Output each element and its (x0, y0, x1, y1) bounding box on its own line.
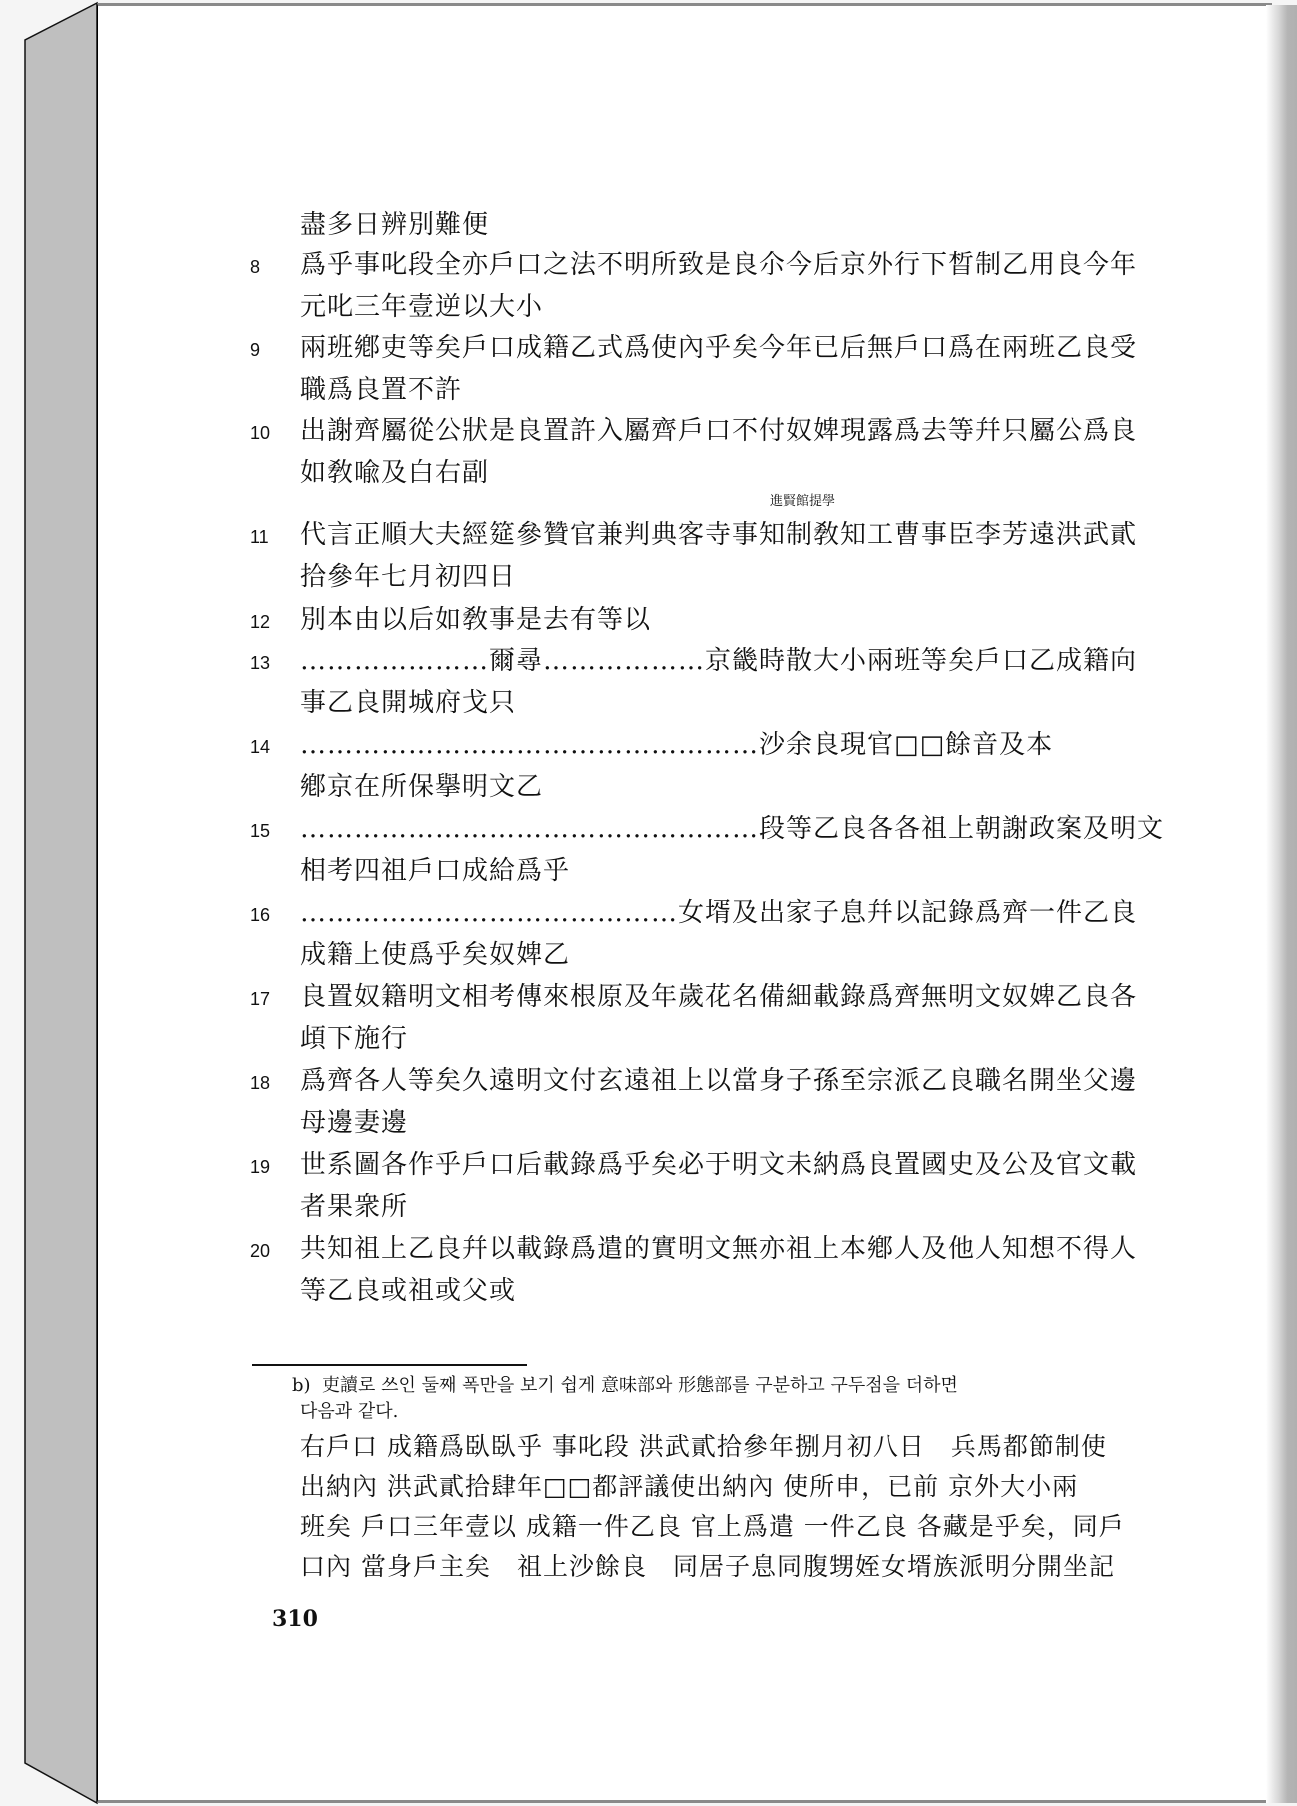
line-number: 17 (250, 984, 282, 1014)
text-line: 者果衆所 (300, 1192, 408, 1222)
page-number: 310 (272, 1606, 318, 1632)
line-number: 20 (250, 1236, 282, 1266)
line-number: 19 (250, 1152, 282, 1182)
line-number: 9 (250, 335, 282, 365)
line-number: 10 (250, 418, 282, 448)
text-line: ……………………………………………段等乙良各各祖上朝謝政案及明文 (300, 814, 1164, 844)
footnote-text-line: 班矣 戶口三年壹以 成籍一件乙良 官上爲遣 一件乙良 各藏是乎矣，同戶 (300, 1512, 1125, 1542)
text-line: 拾參年七月初四日 (300, 562, 516, 592)
text-line: 世系圖各作乎戶口后載錄爲乎矣必于明文未納爲良置國史及公及官文載 (300, 1150, 1137, 1180)
text-line: 事乙良開城府戈只 (300, 688, 516, 718)
text-line: 共知祖上乙良幷以載錄爲遣的實明文無亦祖上本鄕人及他人知想不得人 (300, 1234, 1137, 1264)
footnote-text-line: 出納內 洪武貳拾肆年□□都評議使出納內 使所申，已前 京外大小兩 (300, 1472, 1078, 1502)
text-line: 母邊妻邊 (300, 1108, 408, 1138)
text-line: 爲齊各人等矣久遠明文付玄遠祖上以當身子孫至宗派乙良職名開坐父邊 (300, 1066, 1137, 1096)
text-line: 相考四祖戶口成給爲乎 (300, 856, 570, 886)
text-line: 頉下施行 (300, 1024, 408, 1054)
text-line: 盡多日辨別難便 (300, 210, 489, 240)
interlinear-gloss: 進賢館提學 (770, 495, 835, 509)
text-line: 代言正順大夫經筵參贊官兼判典客寺事知制敎知工曹事臣李芳遠洪武貳 (300, 520, 1137, 550)
footnote-text-line: 口內 當身戶主矣 祖上沙餘良 同居子息同腹甥姪女壻族派明分開坐記 (300, 1552, 1115, 1582)
line-number: 8 (250, 252, 282, 282)
footnote-text-line: 右戶口 成籍爲臥臥乎 事叱段 洪武貳拾參年捌月初八日 兵馬都節制使 (300, 1432, 1107, 1462)
line-number: 14 (250, 732, 282, 762)
line-number: 15 (250, 816, 282, 846)
book-spine (0, 0, 100, 1806)
line-number: 13 (250, 648, 282, 678)
text-line: 鄕京在所保擧明文乙 (300, 772, 543, 802)
text-line: 元叱三年壹逆以大小 (300, 292, 543, 322)
footnote-rule (252, 1364, 527, 1366)
text-line: 爲乎事叱段全亦戶口之法不明所致是良尒今后京外行下晳制乙用良今年 (300, 250, 1137, 280)
text-line: …………………爾尋………………京畿時散大小兩班等矣戶口乙成籍向 (300, 646, 1137, 676)
text-line: 等乙良或祖或父或 (300, 1276, 516, 1306)
line-number: 12 (250, 607, 282, 637)
text-line: 兩班鄕吏等矣戶口成籍乙式爲使內乎矣今年已后無戶口爲在兩班乙良受 (300, 333, 1137, 363)
line-number: 11 (250, 522, 282, 552)
text-line: ……………………………………女壻及出家子息幷以記錄爲齊一件乙良 (300, 898, 1137, 928)
text-line: 別本由以后如敎事是去有等以 (300, 605, 651, 635)
footnote-intro-continued: 다음과 같다. (300, 1400, 398, 1424)
text-line: 成籍上使爲乎矣奴婢乙 (300, 940, 570, 970)
footnote-intro: 吏讀로 쓰인 둘째 폭만을 보기 쉽게 意味部와 形態部를 구분하고 구두점을 … (322, 1374, 958, 1398)
line-number: 18 (250, 1068, 282, 1098)
text-line: 如敎喩及白右副 (300, 458, 489, 488)
text-line: 職爲良置不許 (300, 375, 462, 405)
text-line: 良置奴籍明文相考傳來根原及年歲花名備細載錄爲齊無明文奴婢乙良各 (300, 982, 1137, 1012)
text-line: ……………………………………………沙余良現官□□餘音及本 (300, 730, 1053, 760)
footnote-marker: b) (292, 1374, 311, 1398)
line-number: 16 (250, 900, 282, 930)
text-line: 出謝齊屬從公狀是良置許入屬齊戶口不付奴婢現露爲去等幷只屬公爲良 (300, 416, 1137, 446)
page-edge-shadow (1266, 5, 1297, 1803)
